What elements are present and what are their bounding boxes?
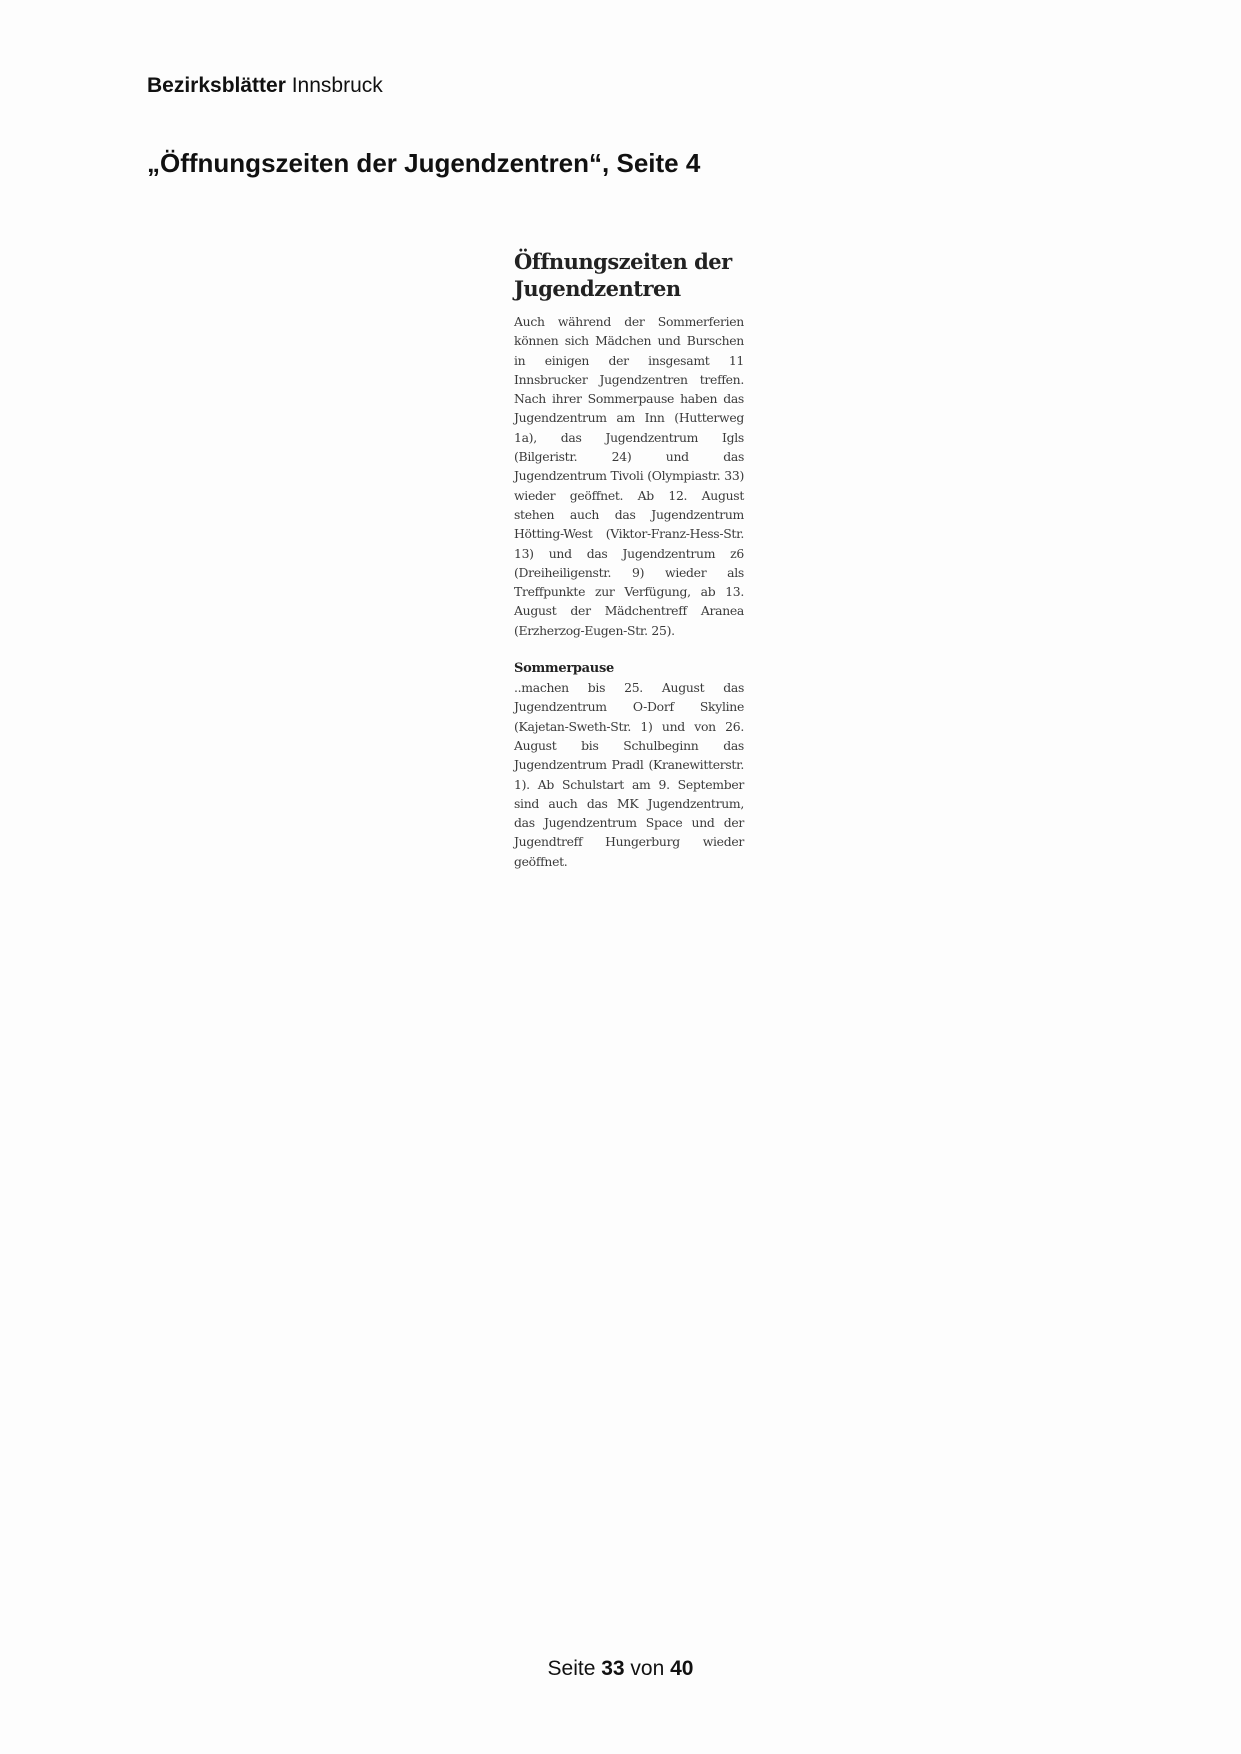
- page-of: von: [625, 1657, 671, 1680]
- article-subheading: Sommerpause: [514, 659, 744, 678]
- article-headline: Öffnungszeiten der Jugendzentren: [514, 248, 744, 302]
- article-paragraph-2: ..machen bis 25. August das Jugendzentru…: [514, 678, 744, 871]
- document-title: „Öffnungszeiten der Jugendzentren“, Seit…: [147, 148, 700, 179]
- page-current: 33: [601, 1657, 624, 1680]
- newspaper-clipping: Öffnungszeiten der Jugendzentren Auch wä…: [514, 248, 744, 871]
- publication-name: Bezirksblätter: [147, 74, 286, 97]
- page-total: 40: [670, 1657, 693, 1680]
- page-label: Seite: [548, 1657, 602, 1680]
- publication-header: Bezirksblätter Innsbruck: [147, 74, 383, 98]
- page-footer: Seite 33 von 40: [0, 1657, 1241, 1681]
- article-paragraph-1: Auch während der Sommerferien können sic…: [514, 312, 744, 640]
- publication-region: Innsbruck: [286, 74, 383, 97]
